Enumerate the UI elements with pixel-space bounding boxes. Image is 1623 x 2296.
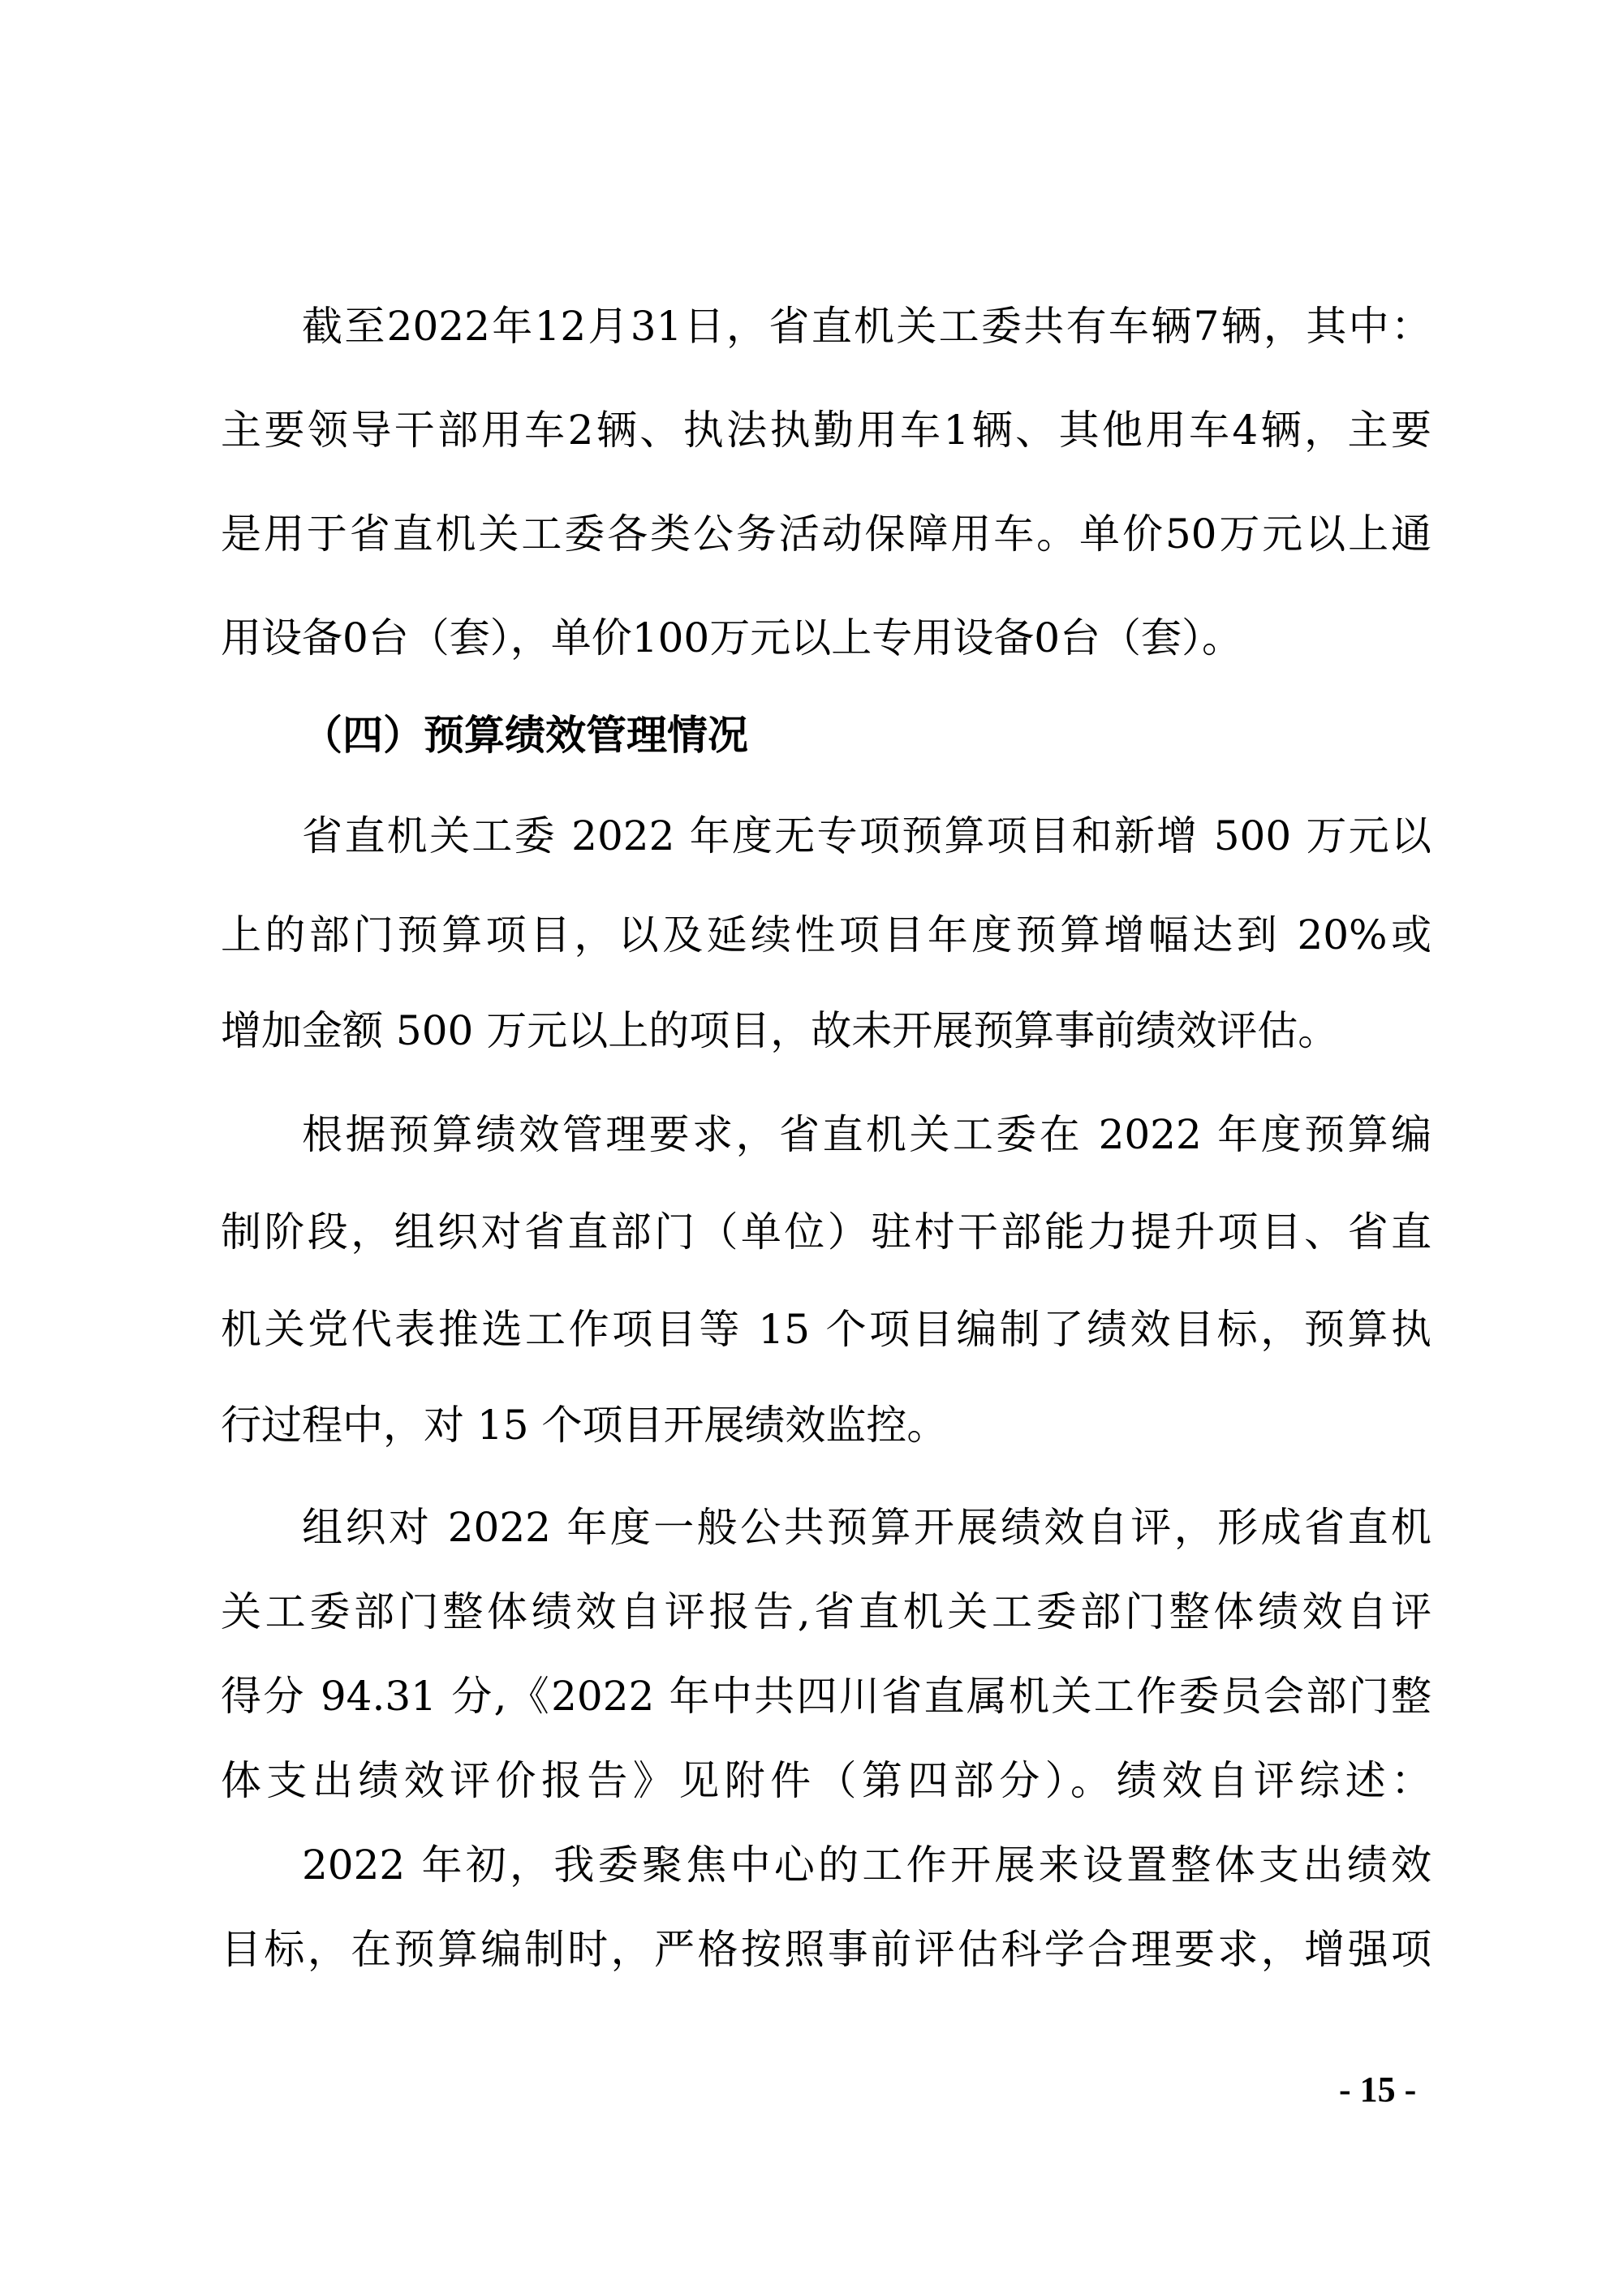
paragraph-pre-evaluation-line-1: 省直机关工委 2022 年度无专项预算项目和新增 500 万元以 (302, 803, 1431, 868)
paragraph-self-eval-line-2: 关工委部门整体绩效自评报告,省直机关工委部门整体绩效自评 (221, 1579, 1431, 1644)
paragraph-self-eval-line-1: 组织对 2022 年度一般公共预算开展绩效自评，形成省直机 (302, 1495, 1431, 1560)
paragraph-pre-evaluation-line-2: 上的部门预算项目，以及延续性项目年度预算增幅达到 20%或 (221, 902, 1431, 967)
paragraph-targets-line-3: 机关党代表推选工作项目等 15 个项目编制了绩效目标，预算执 (221, 1297, 1431, 1362)
paragraph-vehicles-line-2: 主要领导干部用车2辆、执法执勤用车1辆、其他用车4辆，主要 (221, 398, 1431, 463)
paragraph-vehicles-line-4: 用设备0台（套），单价100万元以上专用设备0台（套）。 (221, 605, 1431, 670)
paragraph-vehicles-line-1: 截至2022年12月31日，省直机关工委共有车辆7辆，其中： (302, 294, 1431, 359)
page-number: - 15 - (1339, 2066, 1416, 2114)
document-page: 截至2022年12月31日，省直机关工委共有车辆7辆，其中： 主要领导干部用车2… (0, 0, 1623, 2296)
paragraph-self-eval-line-4: 体支出绩效评价报告》见附件（第四部分）。绩效自评综述： (221, 1748, 1431, 1813)
paragraph-summary-line-2: 目标，在预算编制时，严格按照事前评估科学合理要求，增强项 (221, 1917, 1431, 1982)
paragraph-targets-line-1: 根据预算绩效管理要求，省直机关工委在 2022 年度预算编 (302, 1102, 1431, 1167)
paragraph-vehicles-line-3: 是用于省直机关工委各类公务活动保障用车。单价50万元以上通 (221, 502, 1431, 566)
paragraph-pre-evaluation-line-3: 增加金额 500 万元以上的项目，故未开展预算事前绩效评估。 (221, 998, 1431, 1063)
paragraph-summary-line-1: 2022 年初，我委聚焦中心的工作开展来设置整体支出绩效 (302, 1833, 1431, 1898)
paragraph-targets-line-4: 行过程中，对 15 个项目开展绩效监控。 (221, 1393, 1431, 1458)
section-heading: （四）预算绩效管理情况 (302, 703, 748, 768)
paragraph-self-eval-line-3: 得分 94.31 分,《2022 年中共四川省直属机关工作委员会部门整 (221, 1664, 1431, 1729)
paragraph-targets-line-2: 制阶段，组织对省直部门（单位）驻村干部能力提升项目、省直 (221, 1200, 1431, 1264)
